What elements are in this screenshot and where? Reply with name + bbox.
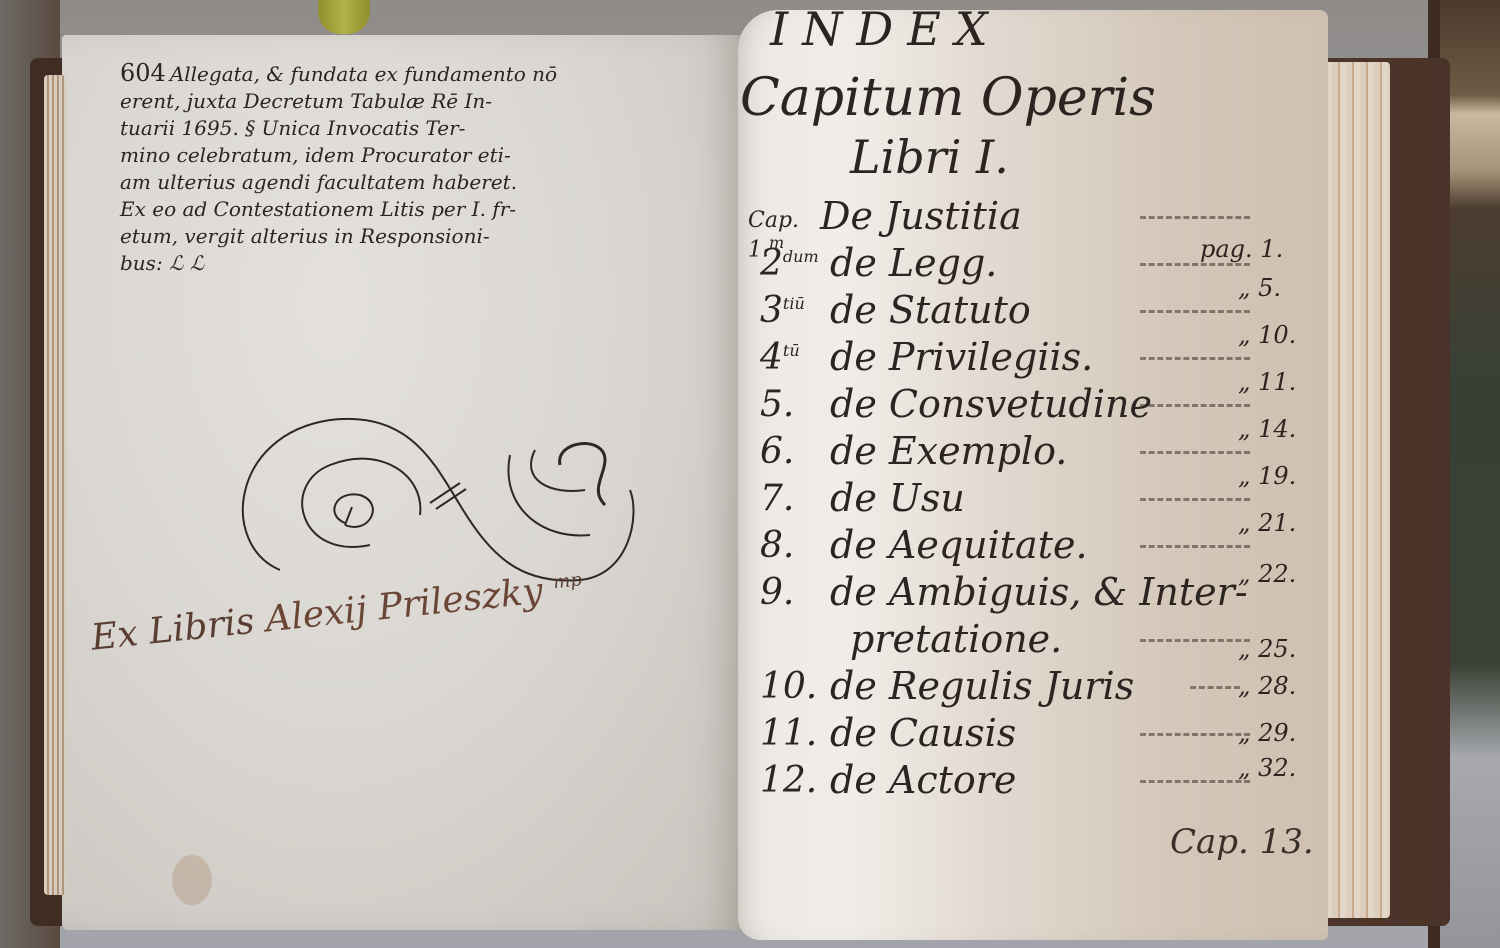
table-of-contents: Cap. 1.m De Justitia 2dum de Legg. pag. … <box>760 194 1330 805</box>
leader-dots <box>1140 539 1250 548</box>
index-heading: INDEX <box>770 2 1002 56</box>
chapter-title-continued: pretatione. <box>850 617 1062 661</box>
page-reference: „ 29. <box>1238 719 1296 747</box>
chapter-number: 3tiū <box>760 290 840 331</box>
chapter-title: de Exemplo. <box>830 429 1067 473</box>
text-line: bus: ℒ ℒ <box>120 250 557 277</box>
page-reference: „ 11. <box>1238 368 1296 396</box>
page-reference: „ 25. <box>1238 635 1296 663</box>
page-reference: „ 22. <box>1238 560 1296 588</box>
text-line: am ulterius agendi facultatem haberet. <box>120 169 557 196</box>
page-reference: „ 14. <box>1238 415 1296 443</box>
leader-dots <box>1140 304 1250 313</box>
toc-entry-continued: pretatione. „ 25. <box>760 617 1330 664</box>
chapter-title: de Regulis Juris <box>830 664 1134 708</box>
chapter-title: de Causis <box>830 711 1016 755</box>
page-reference: „ 10. <box>1238 321 1296 349</box>
chapter-title: de Aequitate. <box>830 523 1088 567</box>
chapter-number: 7. <box>760 478 840 519</box>
leader-dots <box>1140 492 1250 501</box>
leader-dots <box>1140 633 1250 642</box>
chapter-title: De Justitia <box>820 194 1022 238</box>
left-page-text: 604Allegata, & fundata ex fundamento nō … <box>120 60 557 277</box>
leader-dots <box>1140 210 1250 219</box>
text-line: etum, vergit alterius in Responsioni- <box>120 223 557 250</box>
chapter-number: 2dum <box>760 243 840 284</box>
paper-stain <box>172 855 212 905</box>
page-reference: „ 21. <box>1238 509 1296 537</box>
toc-entry: 12. de Actore „ 32. <box>760 758 1330 805</box>
chapter-title: de Usu <box>830 476 965 520</box>
text-line: tuarii 1695. § Unica Invocatis Ter- <box>120 115 557 142</box>
yellow-marker-object <box>318 0 370 34</box>
chapter-number: 4tū <box>760 337 840 378</box>
toc-entry: 10. de Regulis Juris „ 28. <box>760 664 1330 711</box>
index-subheading: Capitum Operis <box>740 68 1156 128</box>
text-line: erent, juxta Decretum Tabulæ Rē In- <box>120 88 557 115</box>
catchword: Cap. 13. <box>1170 822 1314 862</box>
page-reference: pag. 1. <box>1200 235 1283 263</box>
page-reference: „ 19. <box>1238 462 1296 490</box>
chapter-number: 6. <box>760 431 840 472</box>
chapter-number: 12. <box>760 760 840 801</box>
chapter-number: 11. <box>760 713 840 754</box>
chapter-title: de Legg. <box>830 241 997 285</box>
leader-dots <box>1140 727 1250 736</box>
toc-entry: Cap. 1.m De Justitia <box>760 194 1330 241</box>
page-reference: „ 28. <box>1238 672 1296 700</box>
chapter-number: 5. <box>760 384 840 425</box>
leader-dots <box>1140 445 1250 454</box>
book-number-heading: Libri I. <box>850 130 1009 184</box>
text-line: 604Allegata, & fundata ex fundamento nō <box>120 60 557 88</box>
leader-dots <box>1140 398 1250 407</box>
text-line: mino celebratum, idem Procurator eti- <box>120 142 557 169</box>
leader-dots <box>1140 351 1250 360</box>
toc-entry: 11. de Causis „ 29. <box>760 711 1330 758</box>
leader-dots <box>1140 774 1250 783</box>
page-reference: „ 32. <box>1238 754 1296 782</box>
chapter-title: de Actore <box>830 758 1016 802</box>
chapter-number: 8. <box>760 525 840 566</box>
chapter-number: 10. <box>760 666 840 707</box>
manu-propria-mark: mp <box>552 569 583 593</box>
leader-dots <box>1190 680 1240 689</box>
chapter-title: de Ambiguis, & Inter- <box>830 570 1248 614</box>
chapter-number: 9. <box>760 572 840 613</box>
chapter-title: de Consvetudine <box>830 382 1152 426</box>
text-line: Ex eo ad Contestationem Litis per I. fr- <box>120 196 557 223</box>
chapter-title: de Privilegiis. <box>830 335 1093 379</box>
page-reference: „ 5. <box>1238 274 1281 302</box>
chapter-title: de Statuto <box>830 288 1031 332</box>
toc-entry: 9. de Ambiguis, & Inter- „ 22. <box>760 570 1330 617</box>
folio-number: 604 <box>120 59 166 87</box>
